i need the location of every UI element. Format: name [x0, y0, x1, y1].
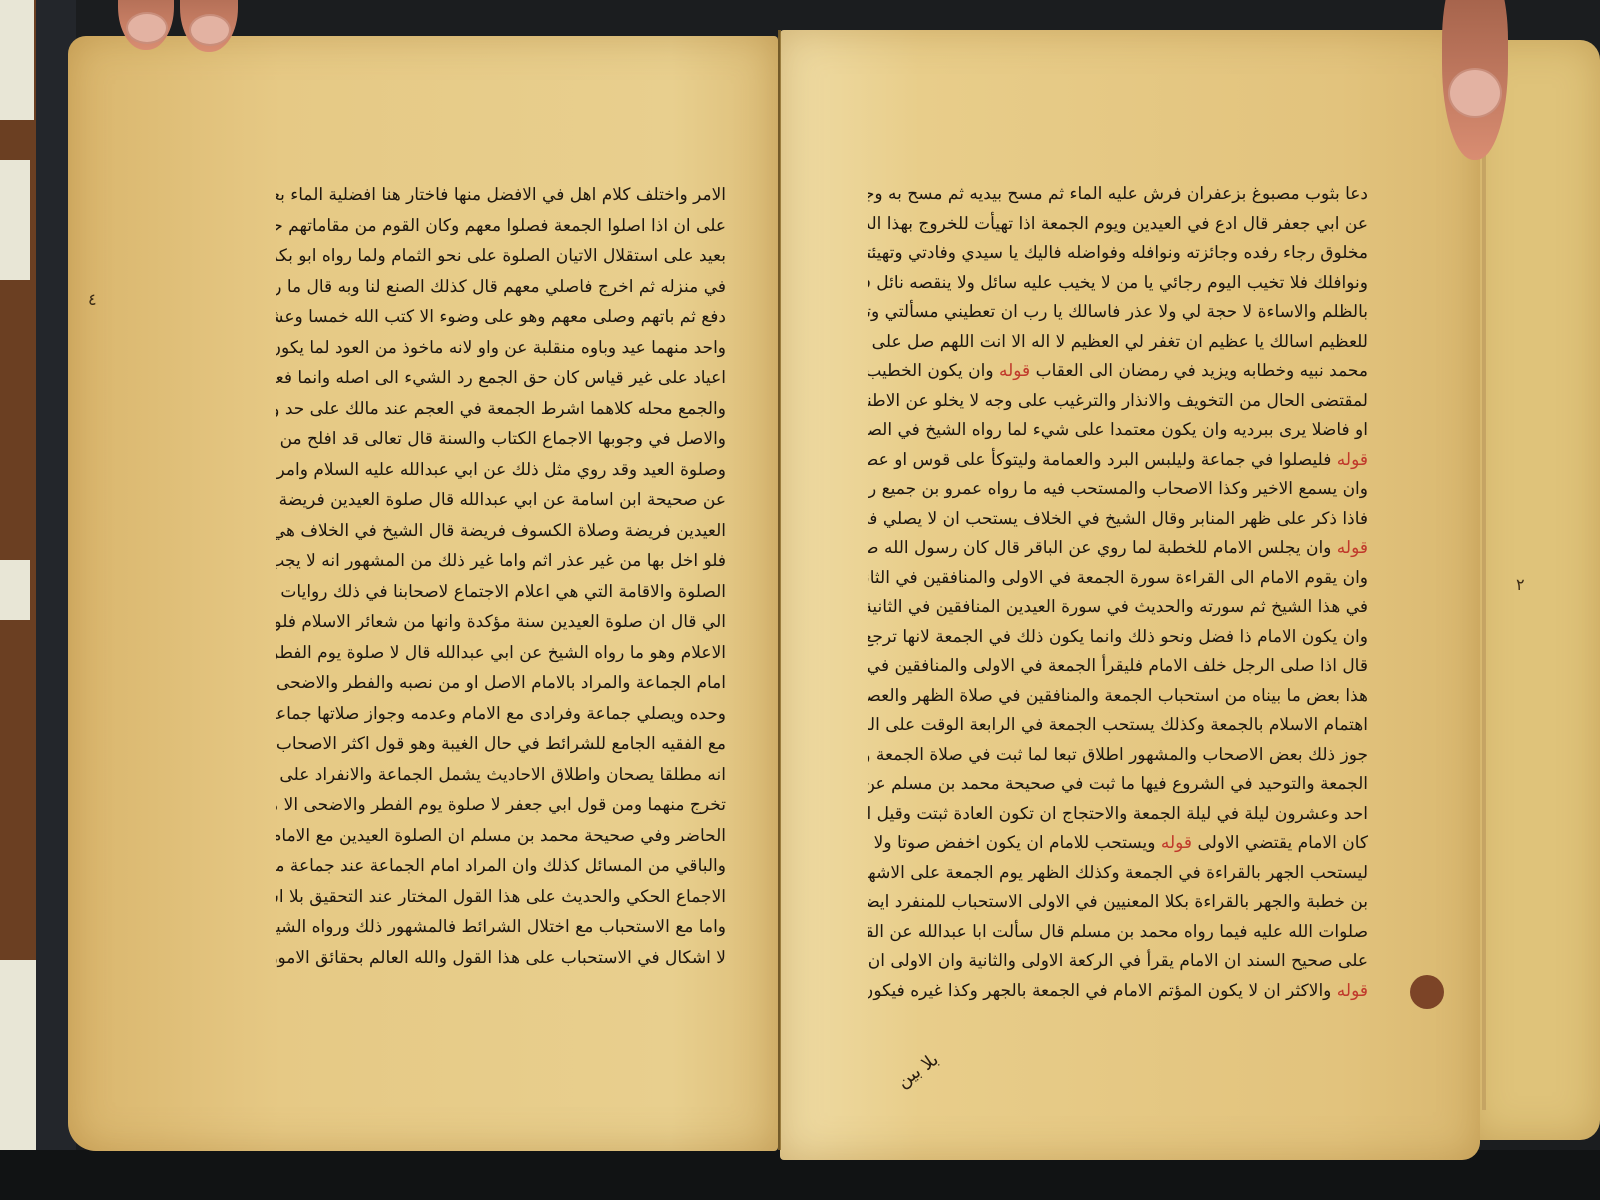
- manuscript-line: مع الفقيه الجامع للشرائط في حال الغيبة و…: [276, 729, 726, 760]
- manuscript-line: والجمع محله كلاهما اشرط الجمعة في العجم …: [276, 394, 726, 425]
- rubric-word: قوله: [1337, 981, 1368, 1001]
- manuscript-line: امام الجماعة والمراد بالامام الاصل او من…: [276, 668, 726, 699]
- book-gutter: [778, 30, 781, 1150]
- loose-note-paper: [0, 560, 30, 620]
- manuscript-line: ليستحب الجهر بالقراءة في الجمعة وكذلك ال…: [868, 859, 1368, 889]
- manuscript-line: بالظلم والاساءة لا حجة لي ولا عذر فاسالك…: [868, 298, 1368, 328]
- manuscript-line: الحاضر وفي صحيحة محمد بن مسلم ان الصلوة …: [276, 821, 726, 852]
- manuscript-line: والاصل في وجوبها الاجماع الكتاب والسنة ق…: [276, 424, 726, 455]
- manuscript-line: لا اشكال في الاستحباب على هذا القول والل…: [276, 943, 726, 974]
- manuscript-line: على ان اذا اصلوا الجمعة فصلوا معهم وكان …: [276, 211, 726, 242]
- manuscript-line: دعا بثوب مصبوغ بزعفران فرش عليه الماء ثم…: [868, 180, 1368, 210]
- manuscript-line: او فاضلا يرى ببرديه وان يكون معتمدا على …: [868, 416, 1368, 446]
- loose-note-paper: [0, 0, 34, 120]
- manuscript-line: قوله وان يجلس الامام للخطبة لما روي عن ا…: [868, 534, 1368, 564]
- left-margin-mark: ٤: [88, 290, 97, 309]
- manuscript-line: الي قال ان صلوة العيدين سنة مؤكدة وانها …: [276, 607, 726, 638]
- manuscript-line: بعيد على استقلال الاتيان الصلوة على نحو …: [276, 241, 726, 272]
- manuscript-line: اعياد على غير قياس كان حق الجمع رد الشيء…: [276, 363, 726, 394]
- manuscript-line: بن خطبة والجهر بالقراءة بكلا المعنيين في…: [868, 888, 1368, 918]
- page-crease: [1482, 150, 1486, 1110]
- manuscript-line: الصلوة والاقامة التي هي اعلام الاجتماع ل…: [276, 577, 726, 608]
- manuscript-line: وان يقوم الامام الى القراءة سورة الجمعة …: [868, 564, 1368, 594]
- manuscript-line: عن ابي جعفر قال ادع في العيدين ويوم الجم…: [868, 210, 1368, 240]
- fingernail: [189, 14, 231, 46]
- rubric-word: قوله: [1337, 538, 1368, 558]
- manuscript-line: اهتمام الاسلام بالجمعة وكذلك يستحب الجمع…: [868, 711, 1368, 741]
- manuscript-line: كان الامام يقتضي الاولى قوله ويستحب للام…: [868, 829, 1368, 859]
- manuscript-line: للعظيم اسالك يا عظيم ان تغفر لي العظيم ل…: [868, 328, 1368, 358]
- manuscript-line: الاجماع الحكي والحديث على هذا القول المخ…: [276, 882, 726, 913]
- loose-note-paper: [0, 160, 30, 280]
- manuscript-line: قوله والاكثر ان لا يكون المؤتم الامام في…: [868, 977, 1368, 1007]
- manuscript-line: هذا بعض ما بيناه من استحباب الجمعة والمن…: [868, 682, 1368, 712]
- left-page-text-block: الامر واختلف كلام اهل في الافضل منها فاخ…: [276, 180, 726, 973]
- manuscript-line: صلوات الله عليه فيما رواه محمد بن مسلم ق…: [868, 918, 1368, 948]
- manuscript-line: تخرج منهما ومن قول ابي جعفر لا صلوة يوم …: [276, 790, 726, 821]
- thumbnail: [1448, 68, 1502, 118]
- manuscript-line: العيدين فريضة وصلاة الكسوف فريضة قال الش…: [276, 516, 726, 547]
- manuscript-line: محمد نبيه وخطابه ويزيد في رمضان الى العق…: [868, 357, 1368, 387]
- ink-stain: [1410, 975, 1444, 1009]
- rubric-word: قوله: [999, 361, 1030, 381]
- manuscript-line: فلو اخل بها من غير عذر اثم واما غير ذلك …: [276, 546, 726, 577]
- manuscript-line: في هذا الشيخ ثم سورته والحديث في سورة ال…: [868, 593, 1368, 623]
- manuscript-line: والباقي من المسائل كذلك وان المراد امام …: [276, 851, 726, 882]
- manuscript-line: انه مطلقا يصحان واطلاق الاحاديث يشمل الج…: [276, 760, 726, 791]
- manuscript-line: قوله فليصلوا في جماعة وليلبس البرد والعم…: [868, 446, 1368, 476]
- manuscript-line: واحد منهما عيد وباوه منقلبة عن واو لانه …: [276, 333, 726, 364]
- right-page-text-block: دعا بثوب مصبوغ بزعفران فرش عليه الماء ثم…: [868, 180, 1368, 1006]
- manuscript-line: لمقتضى الحال من التخويف والانذار والترغي…: [868, 387, 1368, 417]
- manuscript-line: على صحيح السند ان الامام يقرأ في الركعة …: [868, 947, 1368, 977]
- rubric-word: قوله: [1337, 450, 1368, 470]
- right-margin-mark: ٢: [1516, 575, 1525, 594]
- manuscript-line: في منزله ثم اخرج فاصلي معهم قال كذلك الص…: [276, 272, 726, 303]
- manuscript-line: ونوافلك فلا تخيب اليوم رجائي يا من لا يخ…: [868, 269, 1368, 299]
- manuscript-line: الامر واختلف كلام اهل في الافضل منها فاخ…: [276, 180, 726, 211]
- manuscript-line: جوز ذلك بعض الاصحاب والمشهور اطلاق تبعا …: [868, 741, 1368, 771]
- manuscript-line: الاعلام وهو ما رواه الشيخ عن ابي عبدالله…: [276, 638, 726, 669]
- manuscript-line: قال اذا صلى الرجل خلف الامام فليقرأ الجم…: [868, 652, 1368, 682]
- manuscript-line: وحده ويصلي جماعة وفرادى مع الامام وعدمه …: [276, 699, 726, 730]
- manuscript-line: عن صحيحة ابن اسامة عن ابي عبدالله قال صل…: [276, 485, 726, 516]
- manuscript-line: الجمعة والتوحيد في الشروع فيها ما ثبت في…: [868, 770, 1368, 800]
- manuscript-line: دفع ثم باتهم وصلى معهم وهو على وضوء الا …: [276, 302, 726, 333]
- manuscript-line: وان يكون الامام ذا فضل ونحو ذلك وانما يك…: [868, 623, 1368, 653]
- fingernail: [126, 12, 168, 44]
- underlying-leaves: [1470, 40, 1600, 1140]
- manuscript-line: واما مع الاستحباب مع اختلال الشرائط فالم…: [276, 912, 726, 943]
- manuscript-line: مخلوق رجاء رفده وجائزته ونوافله وفواضله …: [868, 239, 1368, 269]
- rubric-word: قوله: [1161, 833, 1192, 853]
- manuscript-line: فاذا ذكر على ظهر المنابر وقال الشيخ في ا…: [868, 505, 1368, 535]
- manuscript-line: وصلوة العيد وقد روي مثل ذلك عن ابي عبدال…: [276, 455, 726, 486]
- manuscript-line: وان يسمع الاخير وكذا الاصحاب والمستحب في…: [868, 475, 1368, 505]
- manuscript-line: احد وعشرون ليلة في ليلة الجمعة والاحتجاج…: [868, 800, 1368, 830]
